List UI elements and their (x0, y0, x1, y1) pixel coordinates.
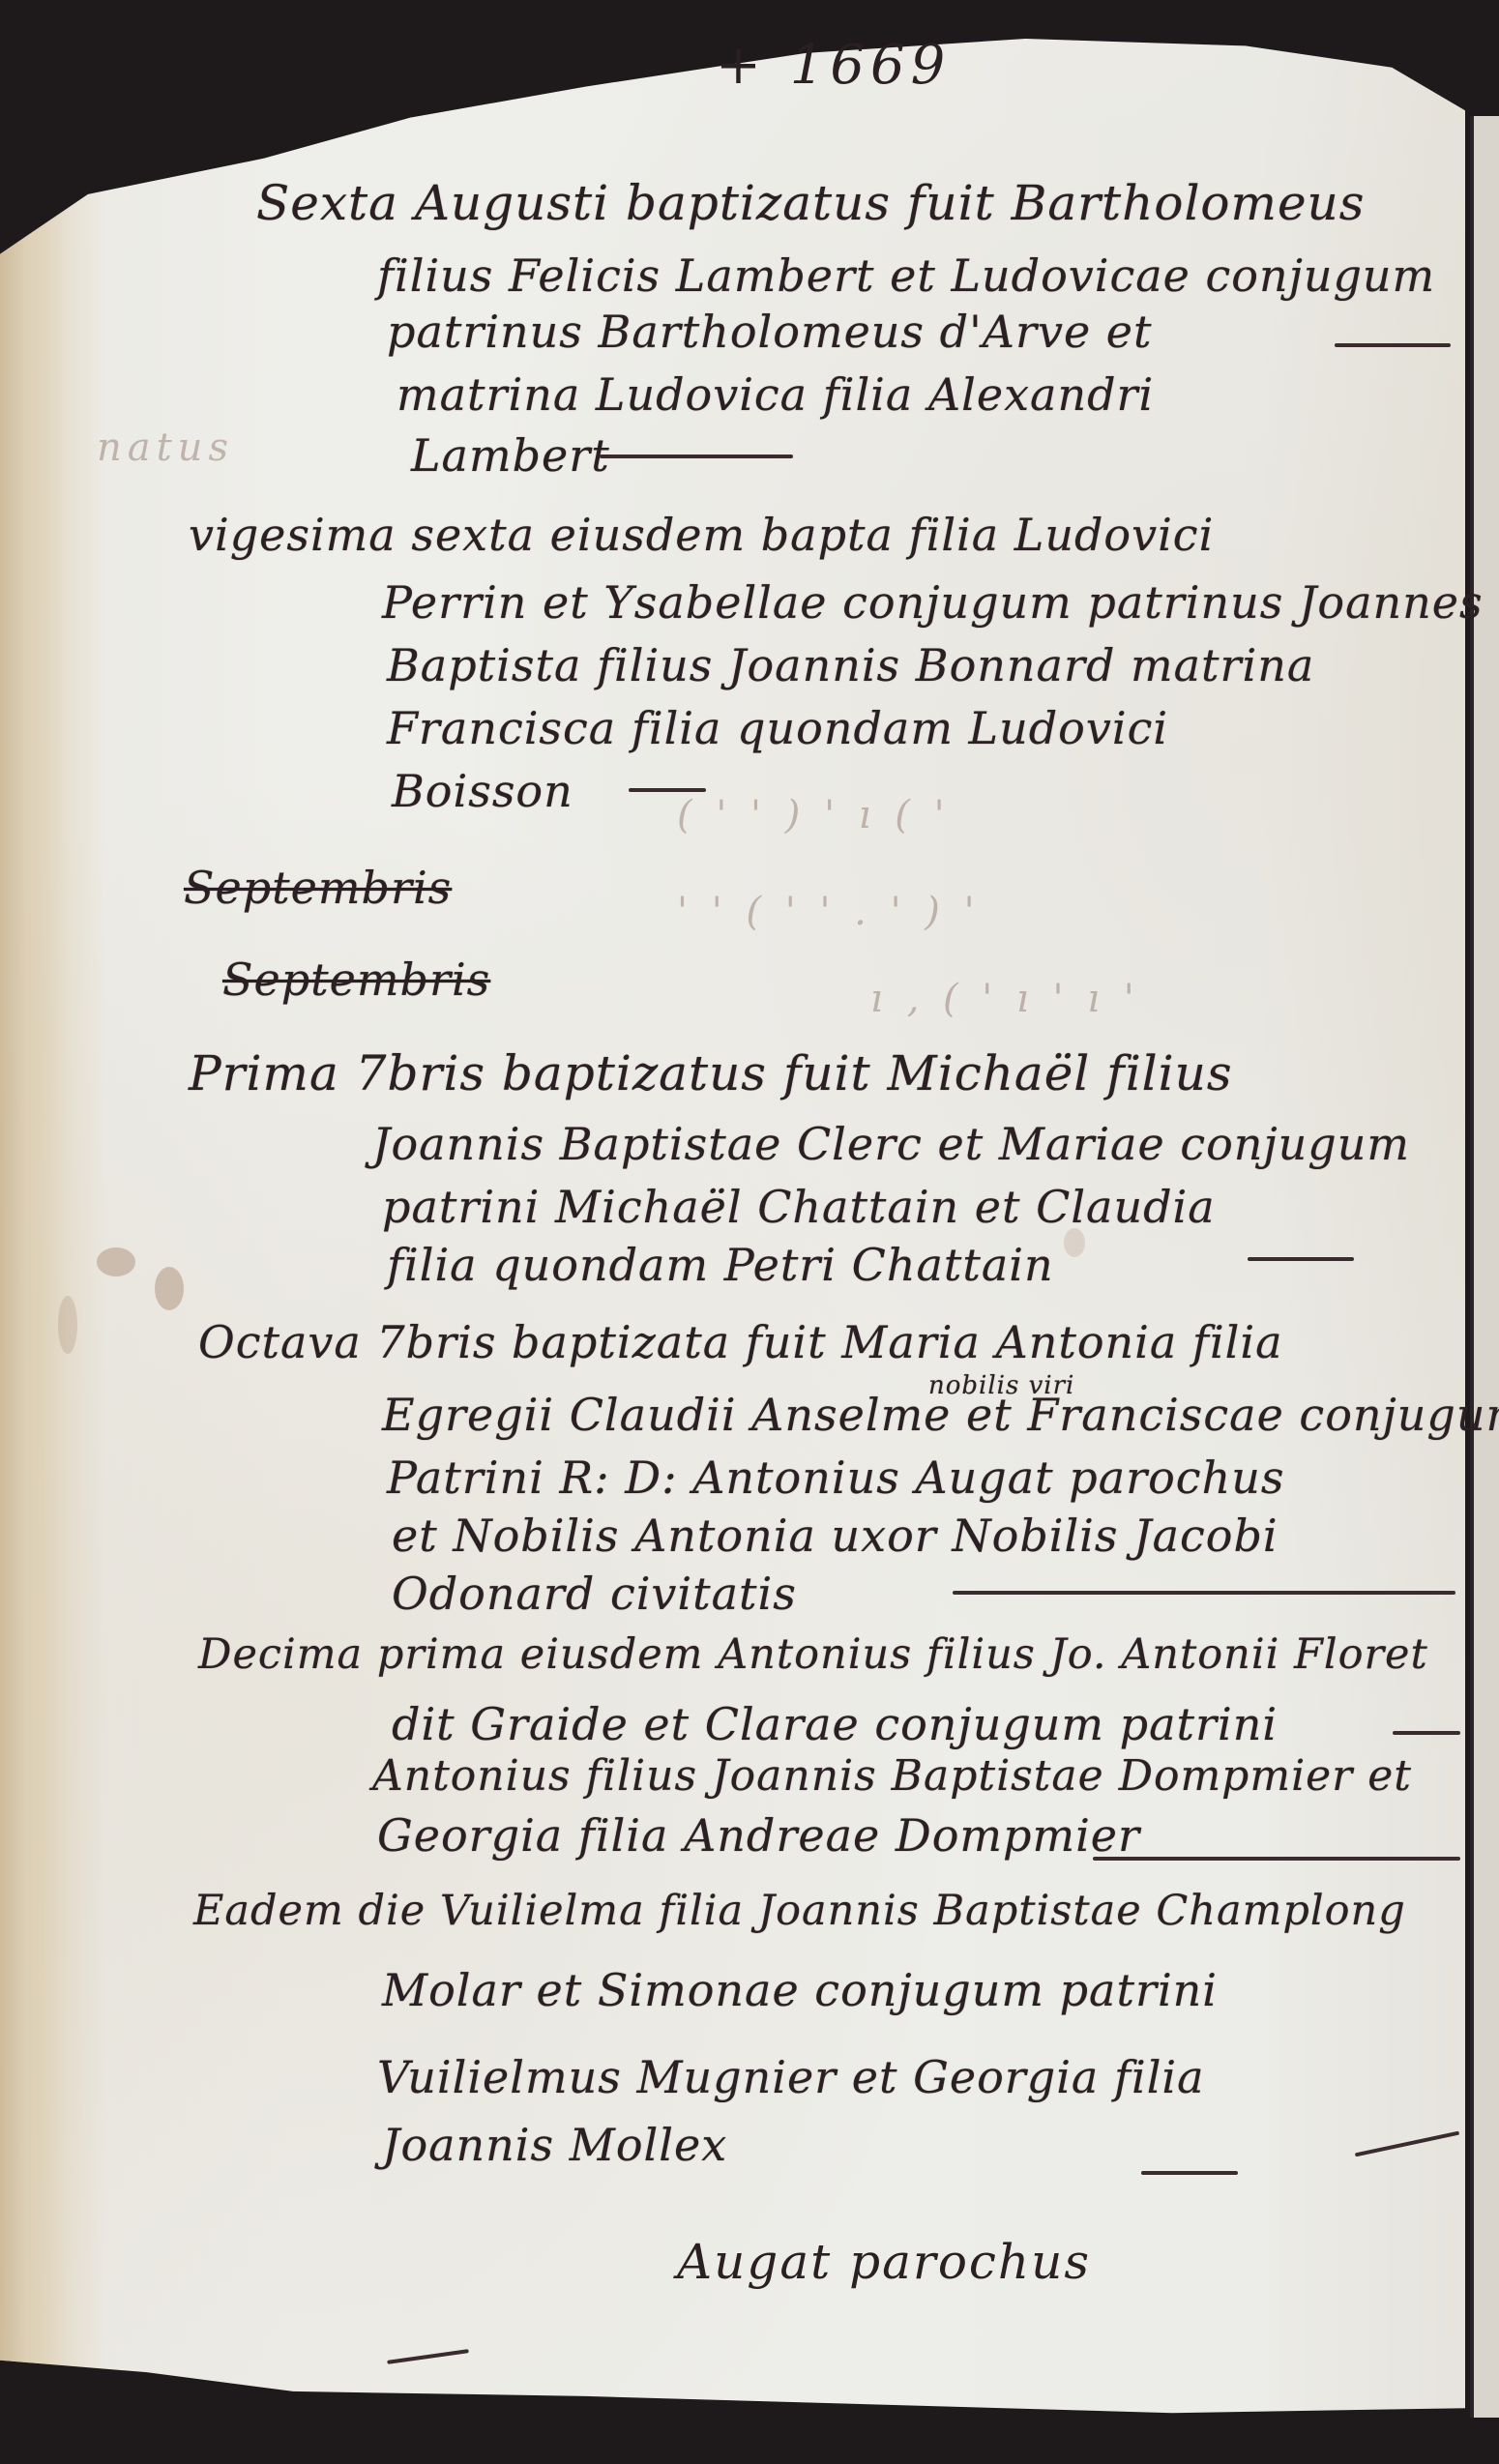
entry-4-line-1: Octava 7bris baptizata fuit Maria Antoni… (198, 1320, 1283, 1364)
entry-5-line-4: Georgia filia Andreae Dompmier (377, 1813, 1140, 1858)
bleed-through-marks: ' ' ( ' ' . ' ) ' (677, 890, 981, 934)
entry-4-line-3: Patrini R: D: Antonius Augat parochus (387, 1455, 1284, 1500)
line-filler-dash (1141, 2171, 1238, 2175)
line-filler-dash (1248, 1257, 1354, 1261)
entry-5-line-1: Decima prima eiusdem Antonius filius Jo.… (198, 1634, 1428, 1676)
scanned-register-page: natus ' ' ( ' ' . ' ) ' ı ‚ ( ' ı ' ı ' … (0, 0, 1499, 2464)
entry-2-line-5: Boisson (392, 769, 573, 813)
stain (97, 1247, 135, 1276)
entry-3-line-4: filia quondam Petri Chattain (387, 1243, 1054, 1287)
entry-5-line-2: dit Graide et Clarae conjugum patrini (392, 1702, 1278, 1746)
entry-2-line-3: Baptista filius Joannis Bonnard matrina (387, 643, 1314, 688)
month-heading-struck: Septembris (184, 865, 452, 910)
entry-1-line-5: Lambert (411, 433, 610, 478)
line-filler-dash (629, 788, 706, 792)
entry-1-line-4: matrina Ludovica filia Alexandri (397, 372, 1154, 417)
entry-1-line-3: patrinus Bartholomeus d'Arve et (387, 309, 1153, 354)
line-filler-dash (600, 455, 793, 458)
entry-6-line-2: Molar et Simonae conjugum patrini (382, 1968, 1218, 2012)
line-filler-dash (953, 1591, 1455, 1595)
entry-4-line-5: Odonard civitatis (392, 1571, 797, 1616)
entry-6-line-1: Eadem die Vuilielma filia Joannis Baptis… (193, 1891, 1406, 1932)
stain (155, 1267, 184, 1310)
line-filler-dash (1393, 1731, 1460, 1735)
adjacent-page-edge (1470, 116, 1499, 2418)
register-year-header: + 1669 (716, 34, 951, 97)
bleed-through-text: natus (97, 425, 234, 470)
bleed-through-marks: ( ' ' ) ' ı ( ' (677, 793, 951, 837)
binding-gutter (0, 39, 68, 2432)
entry-2-line-4: Francisca filia quondam Ludovici (387, 706, 1168, 750)
priest-signature: Augat parochus (677, 2234, 1091, 2290)
entry-3-line-3: patrini Michaël Chattain et Claudia (382, 1185, 1216, 1229)
entry-4-line-2: Egregii Claudii Anselme et Franciscae co… (382, 1393, 1499, 1437)
line-filler-dash (1335, 343, 1451, 347)
entry-3-line-1: Prima 7bris baptizatus fuit Michaël fili… (189, 1049, 1233, 1098)
stain (58, 1296, 77, 1354)
entry-2-line-1: vigesima sexta eiusdem bapta filia Ludov… (189, 513, 1214, 557)
entry-2-line-2: Perrin et Ysabellae conjugum patrinus Jo… (382, 580, 1484, 625)
line-filler-dash (1093, 1857, 1460, 1861)
entry-4-line-4: et Nobilis Antonia uxor Nobilis Jacobi (392, 1513, 1279, 1558)
month-heading-september: Septembris (222, 957, 490, 1002)
entry-6-line-4: Joannis Mollex (382, 2123, 727, 2167)
entry-6-line-3: Vuilielmus Mugnier et Georgia filia (377, 2055, 1205, 2099)
entry-5-line-3: Antonius filius Joannis Baptistae Dompmi… (372, 1755, 1412, 1798)
bleed-through-marks: ı ‚ ( ' ı ' ı ' (870, 977, 1140, 1021)
entry-1-line-1: Sexta Augusti baptizatus fuit Bartholome… (256, 179, 1365, 227)
entry-1-line-2: filius Felicis Lambert et Ludovicae conj… (377, 253, 1435, 298)
entry-3-line-2: Joannis Baptistae Clerc et Mariae conjug… (372, 1122, 1410, 1166)
